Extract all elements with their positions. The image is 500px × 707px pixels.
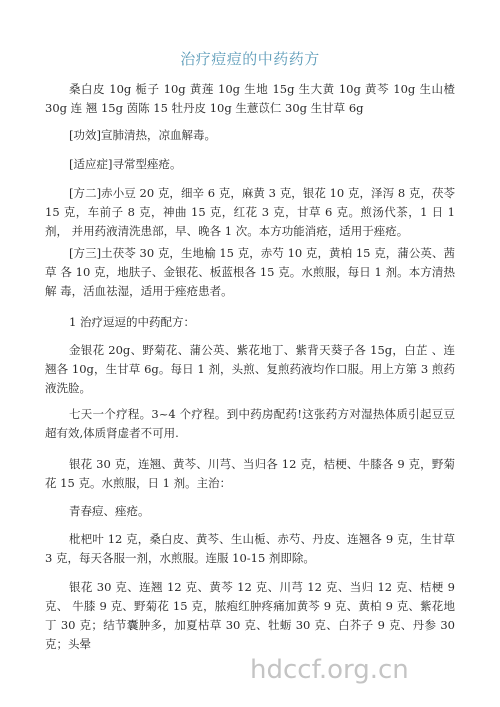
- section-heading: 1 治疗逗逗的中药配方：: [45, 313, 455, 332]
- paragraph-indication: [适应症]寻常型痤疮。: [45, 155, 455, 174]
- page-title: 治疗痘痘的中药药方: [0, 48, 500, 69]
- paragraph-formula-4: 金银花 20g、野菊花、蒲公英、紫花地丁、紫背天葵子各 15g，白芷 、连翘各 …: [45, 341, 455, 398]
- paragraph-formula-2: [方二]赤小豆 20 克，细辛 6 克，麻黄 3 克，银花 10 克，泽泻 8 …: [45, 184, 455, 241]
- paragraph-formula-7: 银花 30 克、连翘 12 克、黄芩 12 克、川芎 12 克、当归 12 克、…: [45, 578, 455, 654]
- paragraph-efficacy: [功效]宣肺清热，凉血解毒。: [45, 126, 455, 145]
- paragraph-indication-2: 青春痘、痤疮。: [45, 502, 455, 521]
- paragraph-formula-6: 枇杷叶 12 克，桑白皮、黄芩、生山栀、赤芍、丹皮、连翘各 9 克，生甘草 3 …: [45, 530, 455, 568]
- paragraph-formula-1: 桑白皮 10g 栀子 10g 黄莲 10g 生地 15g 生大黄 10g 黄芩 …: [45, 80, 455, 118]
- paragraph-course: 七天一个疗程。3~4 个疗程。到中药房配药!这张药方对湿热体质引起豆豆超有效,体…: [45, 405, 455, 443]
- watermark: hdccf.org.cn: [250, 655, 409, 685]
- paragraph-formula-5: 银花 30 克，连翘、黄芩、川芎、当归各 12 克，桔梗、牛膝各 9 克，野菊 …: [45, 455, 455, 493]
- paragraph-formula-3: [方三]土茯苓 30 克，生地榆 15 克，赤芍 10 克，黄柏 15 克，蒲公…: [45, 244, 455, 301]
